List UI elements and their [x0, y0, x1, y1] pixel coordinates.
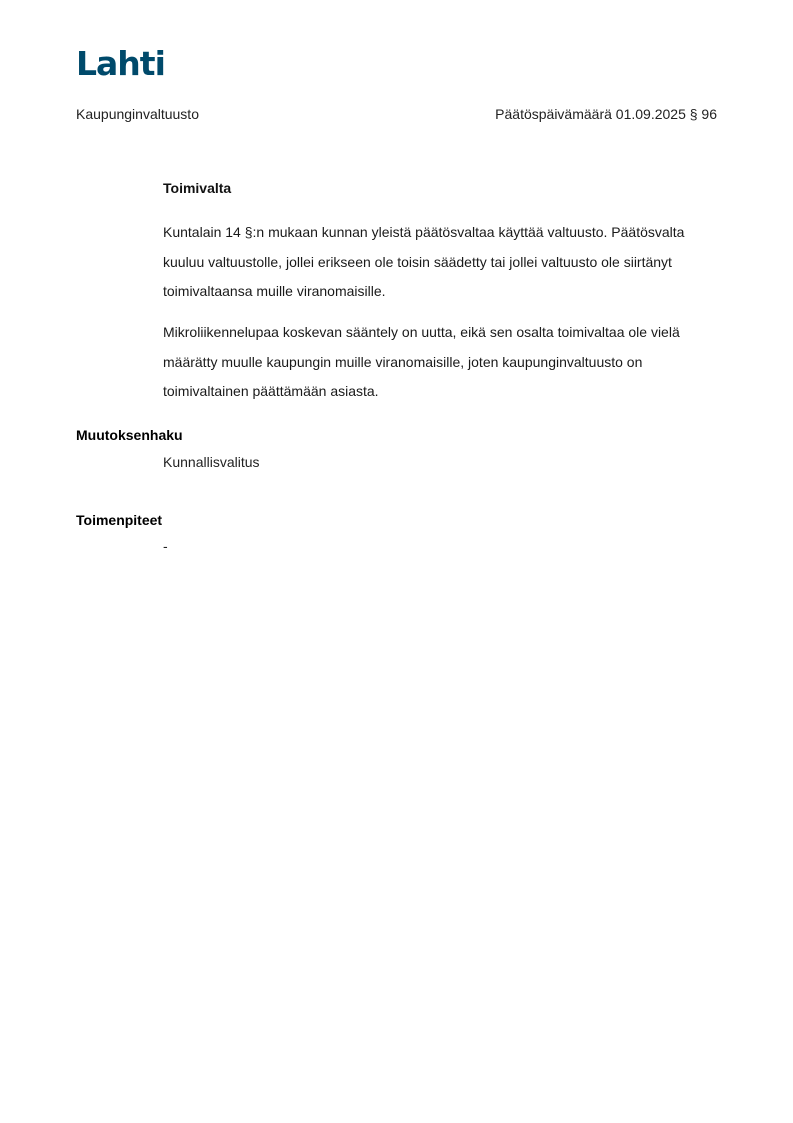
body-name: Kaupunginvaltuusto [76, 106, 199, 122]
muutoksenhaku-heading: Muutoksenhaku [76, 427, 183, 443]
toimenpiteet-text: - [163, 538, 168, 554]
toimenpiteet-heading: Toimenpiteet [76, 512, 162, 528]
decision-date: Päätöspäivämäärä 01.09.2025 § 96 [495, 106, 717, 122]
muutoksenhaku-text: Kunnallisvalitus [163, 454, 260, 470]
lahti-logo: Lahti [76, 44, 165, 84]
toimivalta-paragraph-1: Kuntalain 14 §:n mukaan kunnan yleistä p… [163, 218, 723, 307]
toimivalta-heading: Toimivalta [163, 180, 231, 196]
toimivalta-paragraph-2: Mikroliikennelupaa koskevan sääntely on … [163, 318, 723, 407]
